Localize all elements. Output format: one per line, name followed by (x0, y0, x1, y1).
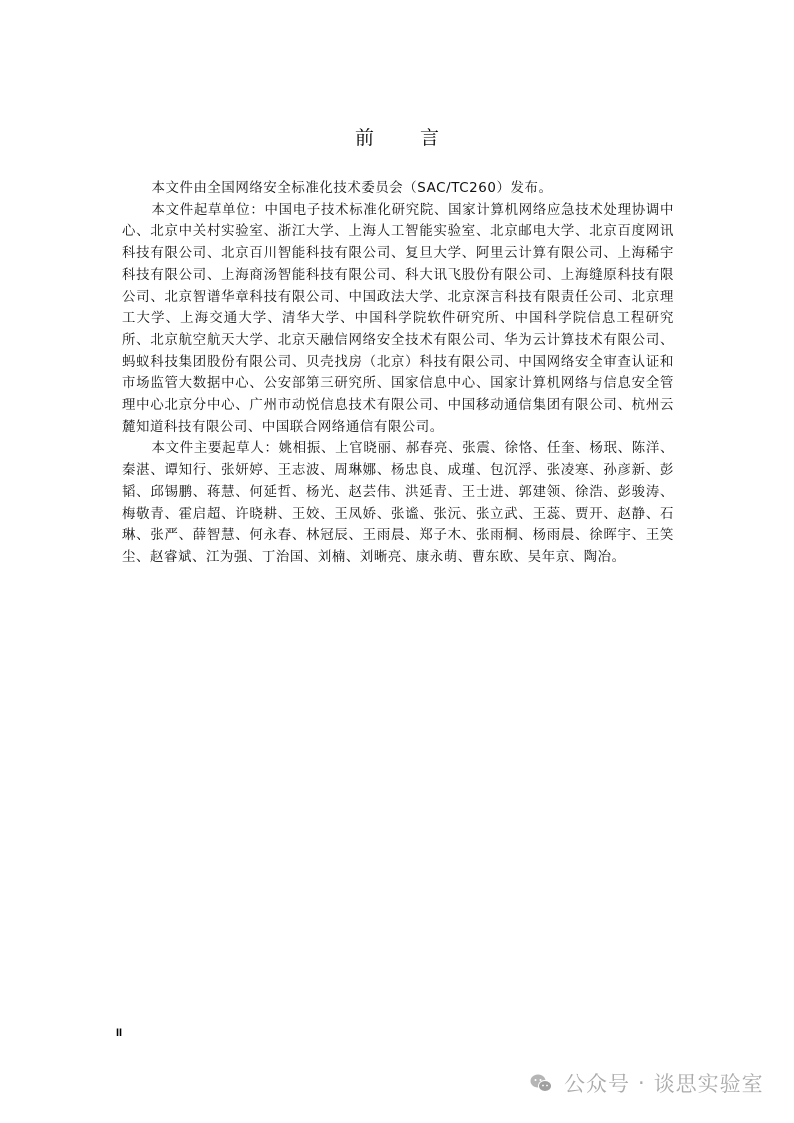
watermark-label: 公众号 (564, 1068, 630, 1098)
page-title: 前言 (0, 126, 794, 150)
paragraph-publisher: 本文件由全国网络安全标准化技术委员会（SAC/TC260）发布。 (122, 178, 674, 200)
title-char-2: 言 (420, 126, 439, 150)
title-char-1: 前 (355, 126, 374, 150)
page-number: II (116, 1027, 122, 1039)
watermark-account: 谈思实验室 (654, 1068, 764, 1098)
watermark: 公众号 · 谈思实验室 (530, 1068, 764, 1098)
paragraph-drafters: 本文件主要起草人：姚相振、上官晓丽、郝春亮、张震、徐恪、任奎、杨珉、陈洋、秦湛、… (122, 438, 674, 568)
foreword-body: 本文件由全国网络安全标准化技术委员会（SAC/TC260）发布。 本文件起草单位… (122, 178, 674, 569)
watermark-separator: · (638, 1071, 646, 1095)
wechat-icon (530, 1073, 552, 1093)
document-page: 前言 本文件由全国网络安全标准化技术委员会（SAC/TC260）发布。 本文件起… (0, 0, 794, 1123)
paragraph-drafting-units: 本文件起草单位：中国电子技术标准化研究院、国家计算机网络应急技术处理协调中心、北… (122, 200, 674, 439)
